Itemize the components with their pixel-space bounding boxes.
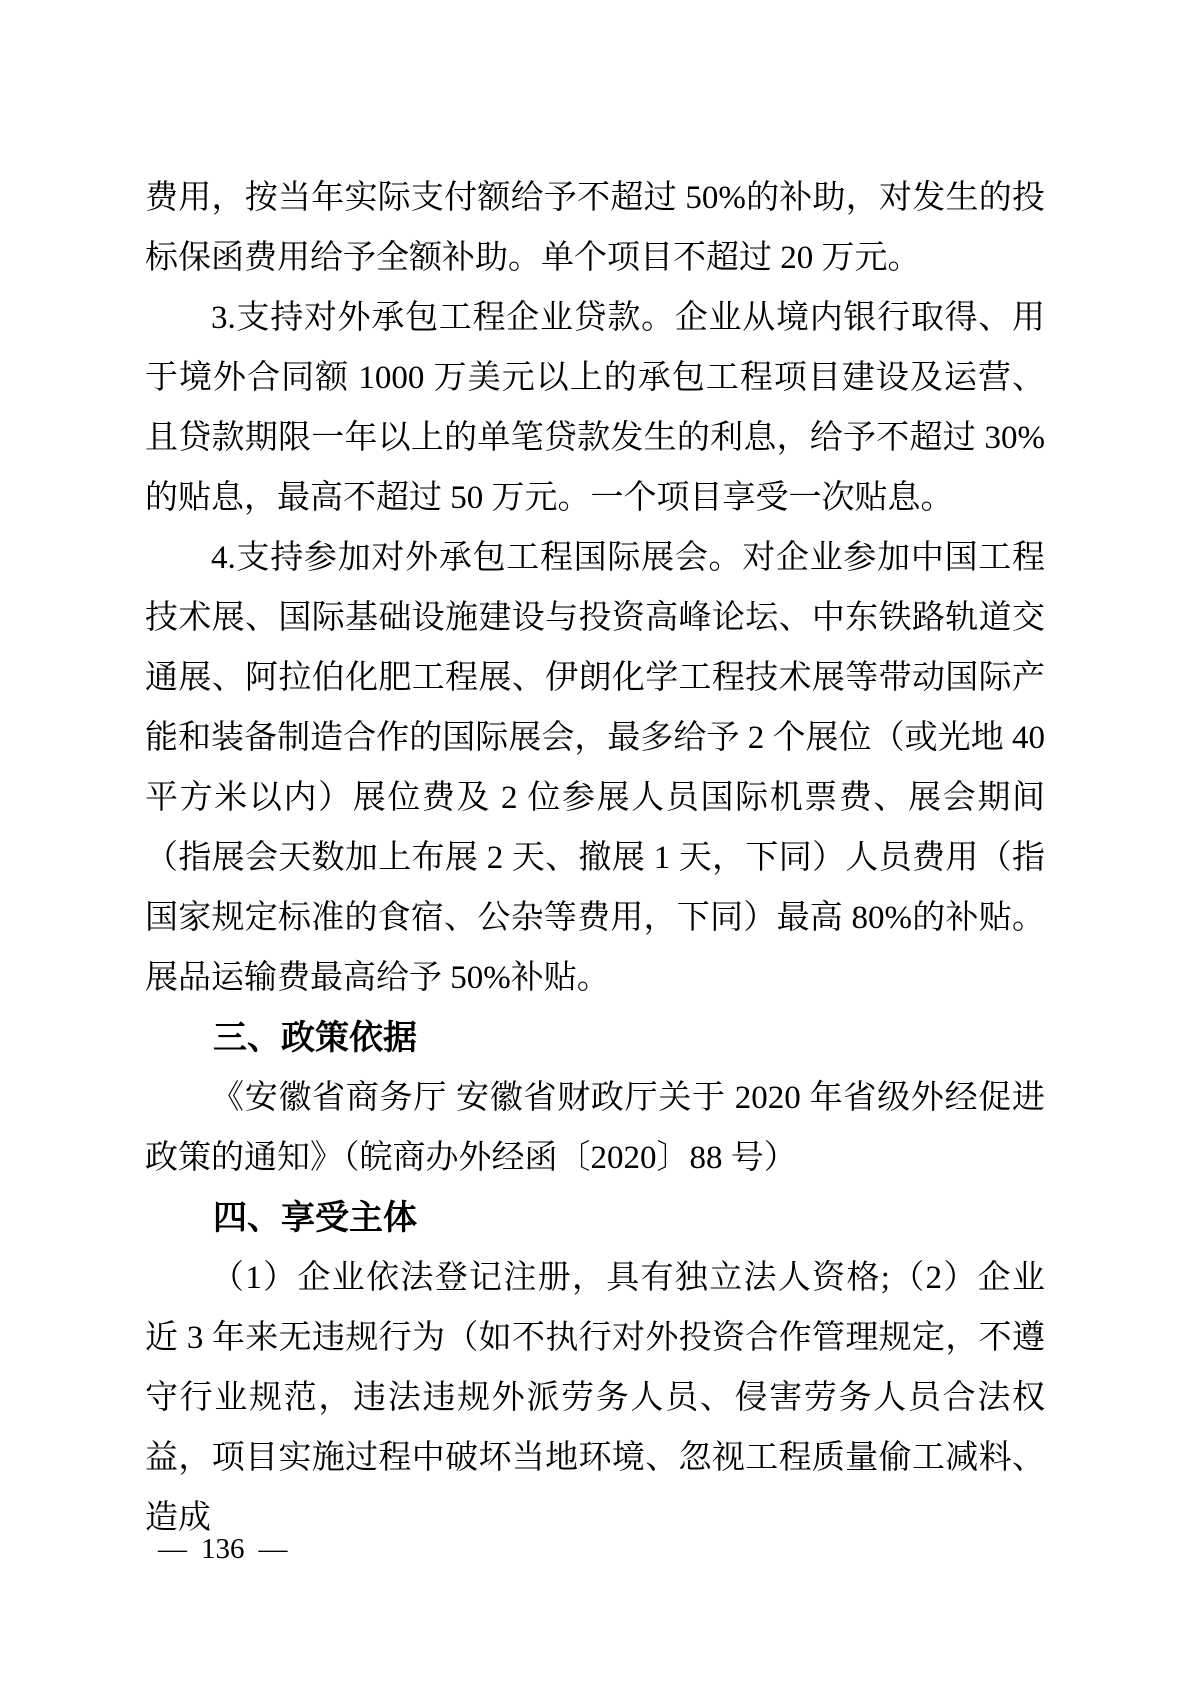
document-page: 费用，按当年实际支付额给予不超过 50%的补助，对发生的投标保函费用给予全额补助… <box>0 0 1190 1683</box>
paragraph: 《安徽省商务厅 安徽省财政厅关于 2020 年省级外经促进政策的通知》（皖商办外… <box>145 1068 1045 1188</box>
section-heading: 四、享受主体 <box>145 1188 1045 1248</box>
footer-dash-left: — <box>158 1532 187 1566</box>
section-heading: 三、政策依据 <box>145 1008 1045 1068</box>
paragraph: （1）企业依法登记注册，具有独立法人资格;（2）企业近 3 年来无违规行为（如不… <box>145 1248 1045 1548</box>
document-body: 费用，按当年实际支付额给予不超过 50%的补助，对发生的投标保函费用给予全额补助… <box>145 168 1045 1548</box>
paragraph: 4.支持参加对外承包工程国际展会。对企业参加中国工程技术展、国际基础设施建设与投… <box>145 528 1045 1008</box>
paragraph: 费用，按当年实际支付额给予不超过 50%的补助，对发生的投标保函费用给予全额补助… <box>145 168 1045 288</box>
page-footer: — 136 — <box>158 1532 288 1566</box>
paragraph: 3.支持对外承包工程企业贷款。企业从境内银行取得、用于境外合同额 1000 万美… <box>145 288 1045 528</box>
footer-dash-right: — <box>259 1532 288 1566</box>
page-number: 136 <box>201 1532 245 1566</box>
